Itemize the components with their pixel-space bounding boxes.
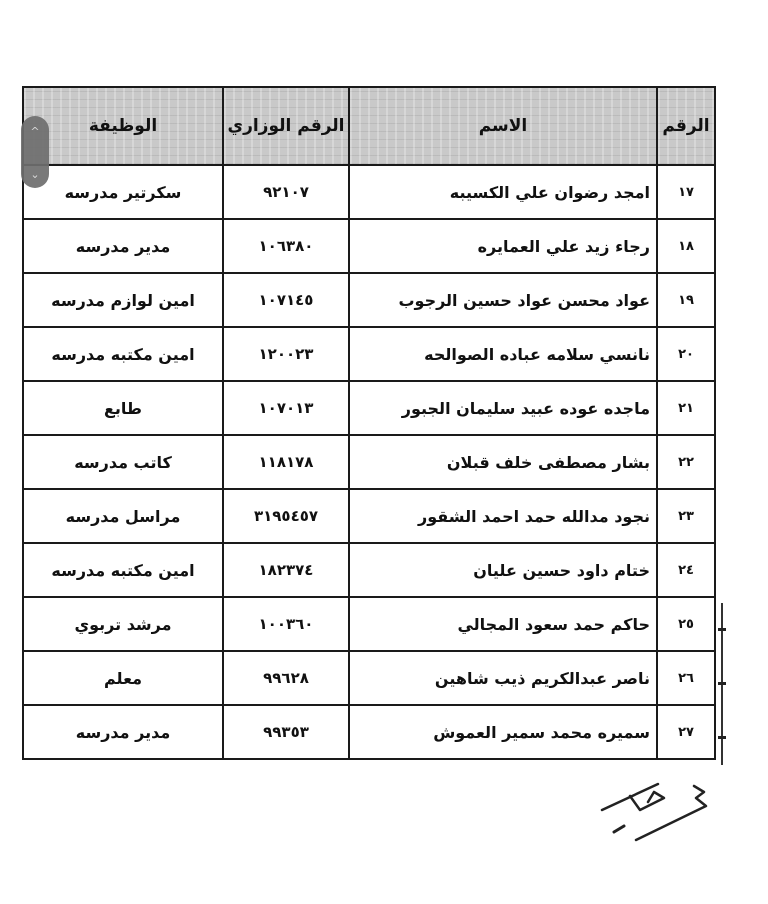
row-number: ٢٤ — [657, 543, 715, 597]
row-job: طابع — [23, 381, 223, 435]
row-ministry-id: ٩٢١٠٧ — [223, 165, 349, 219]
scroll-widget[interactable]: ^ ⌄ — [21, 116, 49, 188]
row-ministry-id: ٩٩٦٢٨ — [223, 651, 349, 705]
row-ministry-id: ١٢٠٠٢٣ — [223, 327, 349, 381]
row-name: ماجده عوده عبيد سليمان الجبور — [349, 381, 657, 435]
row-ministry-id: ٣١٩٥٤٥٧ — [223, 489, 349, 543]
table-row: ١٧ امجد رضوان علي الكسيبه ٩٢١٠٧ سكرتير م… — [23, 165, 715, 219]
row-job: امين لوازم مدرسه — [23, 273, 223, 327]
table-row: ٢٢ بشار مصطفى خلف قبلان ١١٨١٧٨ كاتب مدرس… — [23, 435, 715, 489]
row-number: ٢١ — [657, 381, 715, 435]
row-job: مرشد تربوي — [23, 597, 223, 651]
row-ministry-id: ١٨٢٣٧٤ — [223, 543, 349, 597]
table-row: ٢١ ماجده عوده عبيد سليمان الجبور ١٠٧٠١٣ … — [23, 381, 715, 435]
row-ministry-id: ١٠٠٣٦٠ — [223, 597, 349, 651]
row-name: ختام داود حسين عليان — [349, 543, 657, 597]
row-name: رجاء زيد علي العمايره — [349, 219, 657, 273]
margin-tick-mark — [718, 736, 726, 739]
table-row: ٢٥ حاكم حمد سعود المجالي ١٠٠٣٦٠ مرشد ترب… — [23, 597, 715, 651]
row-number: ٢٥ — [657, 597, 715, 651]
row-name: امجد رضوان علي الكسيبه — [349, 165, 657, 219]
row-name: نانسي سلامه عباده الصوالحه — [349, 327, 657, 381]
row-job: مدير مدرسه — [23, 219, 223, 273]
row-job: مراسل مدرسه — [23, 489, 223, 543]
employee-table: الرقم الاسم الرقم الوزاري الوظيفة ١٧ امج… — [22, 86, 716, 760]
row-ministry-id: ١٠٧٠١٣ — [223, 381, 349, 435]
row-number: ٢٦ — [657, 651, 715, 705]
row-name: بشار مصطفى خلف قبلان — [349, 435, 657, 489]
scroll-down-icon[interactable]: ⌄ — [30, 169, 39, 180]
header-name: الاسم — [349, 87, 657, 165]
row-job: امين مكتبه مدرسه — [23, 327, 223, 381]
scroll-up-icon[interactable]: ^ — [30, 126, 39, 137]
row-number: ٢٢ — [657, 435, 715, 489]
row-name: عواد محسن عواد حسين الرجوب — [349, 273, 657, 327]
table-row: ٢٠ نانسي سلامه عباده الصوالحه ١٢٠٠٢٣ امي… — [23, 327, 715, 381]
row-job: معلم — [23, 651, 223, 705]
header-job: الوظيفة — [23, 87, 223, 165]
row-number: ١٩ — [657, 273, 715, 327]
row-name: نجود مدالله حمد احمد الشقور — [349, 489, 657, 543]
row-job: كاتب مدرسه — [23, 435, 223, 489]
row-name: سميره محمد سمير العموش — [349, 705, 657, 759]
row-number: ٢٧ — [657, 705, 715, 759]
margin-tick-mark — [718, 682, 726, 685]
row-number: ٢٣ — [657, 489, 715, 543]
row-number: ١٨ — [657, 219, 715, 273]
table-row: ٢٣ نجود مدالله حمد احمد الشقور ٣١٩٥٤٥٧ م… — [23, 489, 715, 543]
row-ministry-id: ١٠٧١٤٥ — [223, 273, 349, 327]
header-ministry-id: الرقم الوزاري — [223, 87, 349, 165]
row-job: مدير مدرسه — [23, 705, 223, 759]
row-name: ناصر عبدالكريم ذيب شاهين — [349, 651, 657, 705]
table-header-row: الرقم الاسم الرقم الوزاري الوظيفة — [23, 87, 715, 165]
row-number: ٢٠ — [657, 327, 715, 381]
header-number: الرقم — [657, 87, 715, 165]
row-number: ١٧ — [657, 165, 715, 219]
row-ministry-id: ١١٨١٧٨ — [223, 435, 349, 489]
row-job: امين مكتبه مدرسه — [23, 543, 223, 597]
table-row: ٢٦ ناصر عبدالكريم ذيب شاهين ٩٩٦٢٨ معلم — [23, 651, 715, 705]
table-row: ٢٧ سميره محمد سمير العموش ٩٩٣٥٣ مدير مدر… — [23, 705, 715, 759]
row-ministry-id: ١٠٦٣٨٠ — [223, 219, 349, 273]
table-row: ١٩ عواد محسن عواد حسين الرجوب ١٠٧١٤٥ امي… — [23, 273, 715, 327]
table-row: ٢٤ ختام داود حسين عليان ١٨٢٣٧٤ امين مكتب… — [23, 543, 715, 597]
row-job: سكرتير مدرسه — [23, 165, 223, 219]
margin-tick-mark — [718, 628, 726, 631]
table-row: ١٨ رجاء زيد علي العمايره ١٠٦٣٨٠ مدير مدر… — [23, 219, 715, 273]
row-name: حاكم حمد سعود المجالي — [349, 597, 657, 651]
row-ministry-id: ٩٩٣٥٣ — [223, 705, 349, 759]
handwritten-signature-icon — [596, 770, 726, 850]
